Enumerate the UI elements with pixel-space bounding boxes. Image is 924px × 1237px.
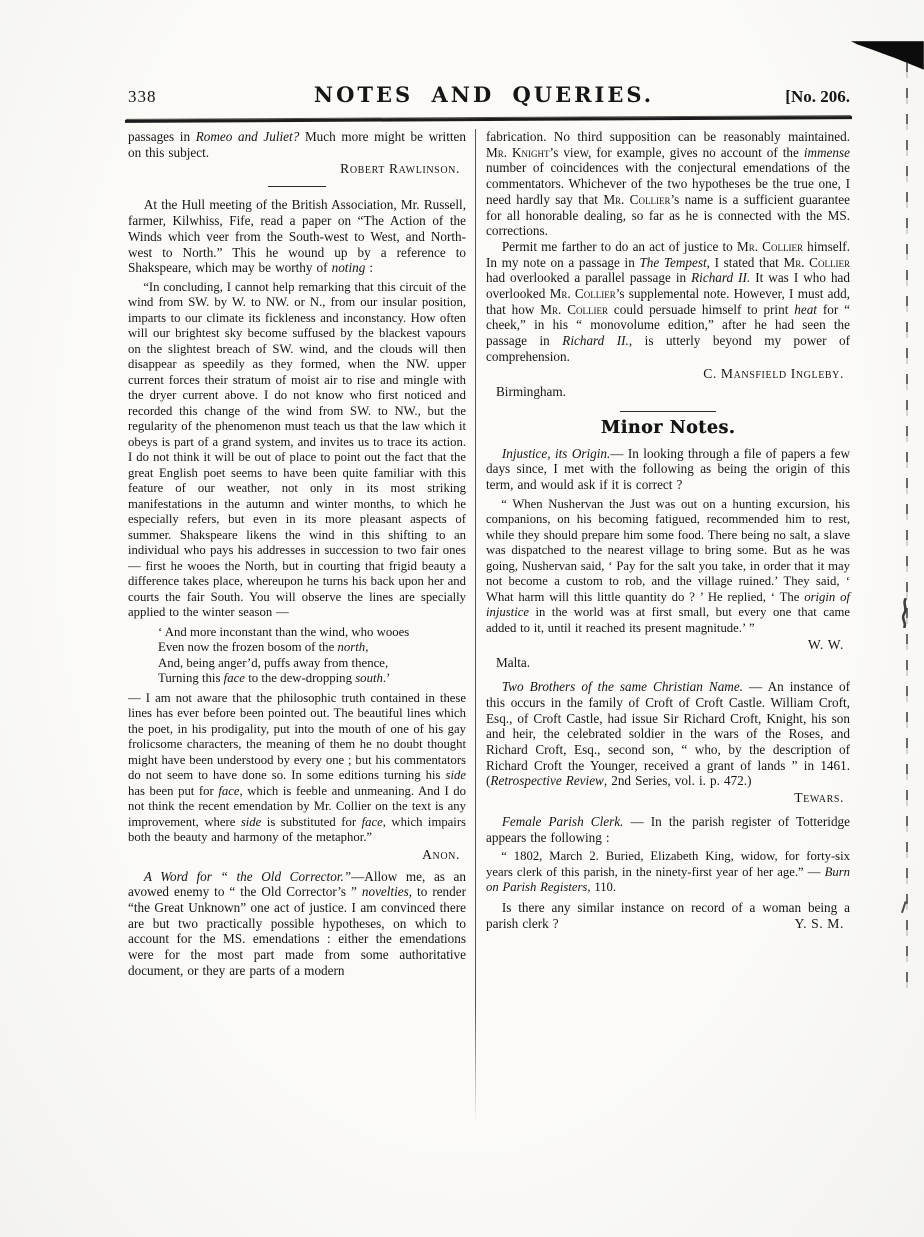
page-number: 338 (128, 87, 218, 107)
section-divider-rule (620, 411, 716, 412)
continuation-paragraph: passages in Romeo and Juliet? Much more … (128, 129, 466, 160)
signature-anon: Anon. (128, 847, 466, 863)
scan-artifact-ink-curl (899, 598, 909, 628)
collier-justice-paragraph: Permit me farther to do an act of justic… (486, 239, 850, 365)
wind-quote-continuation: — I am not aware that the philosophic tr… (128, 691, 466, 846)
left-column: passages in Romeo and Juliet? Much more … (128, 129, 475, 1179)
right-column: fabrication. No third supposition can be… (476, 129, 850, 1179)
header-rule (125, 116, 852, 123)
verse-quotation: ‘ And more inconstant than the wind, who… (158, 625, 466, 687)
issue-number: [No. 206. (750, 87, 850, 107)
verse-line: Turning this face to the dew-dropping so… (158, 671, 466, 686)
female-parish-clerk-note: Female Parish Clerk. — In the parish reg… (486, 814, 850, 845)
scanned-page: 338 NOTES AND QUERIES. [No. 206. passage… (0, 0, 924, 1237)
two-column-body: passages in Romeo and Juliet? Much more … (128, 129, 850, 1179)
verse-line: And, being anger’d, puffs away from then… (158, 656, 466, 671)
signature-rawlinson: Robert Rawlinson. (128, 161, 466, 177)
section-divider-rule (268, 186, 326, 187)
place-malta: Malta. (486, 655, 850, 671)
two-brothers-note: Two Brothers of the same Christian Name.… (486, 679, 850, 789)
fabrication-paragraph: fabrication. No third supposition can be… (486, 129, 850, 239)
parish-register-quote: “ 1802, March 2. Buried, Elizabeth King,… (486, 849, 850, 896)
scan-artifact-corner-smudge (846, 41, 924, 81)
wind-quote-paragraph: “In concluding, I cannot help remarking … (128, 280, 466, 621)
signature-ww: W. W. (486, 637, 850, 653)
hull-meeting-paragraph: At the Hull meeting of the British Assoc… (128, 197, 466, 276)
scan-artifact-ink-mark (894, 899, 906, 913)
injustice-origin-note: Injustice, its Origin.— In looking throu… (486, 446, 850, 493)
verse-line: ‘ And more inconstant than the wind, who… (158, 625, 466, 640)
signature-tewars: Tewars. (486, 790, 850, 806)
old-corrector-note: A Word for “ the Old Corrector.”—Allow m… (128, 869, 466, 979)
journal-title: NOTES AND QUERIES. (218, 82, 750, 107)
verse-line: Even now the frozen bosom of the north, (158, 640, 466, 655)
place-birmingham: Birmingham. (486, 384, 850, 400)
nushervan-quote: “ When Nushervan the Just was out on a h… (486, 497, 850, 637)
minor-notes-heading: Minor Notes. (486, 418, 850, 438)
signature-ingleby: C. Mansfield Ingleby. (486, 366, 850, 382)
scan-artifact-page-edge-line (906, 62, 908, 997)
page-header: 338 NOTES AND QUERIES. [No. 206. (128, 82, 850, 107)
